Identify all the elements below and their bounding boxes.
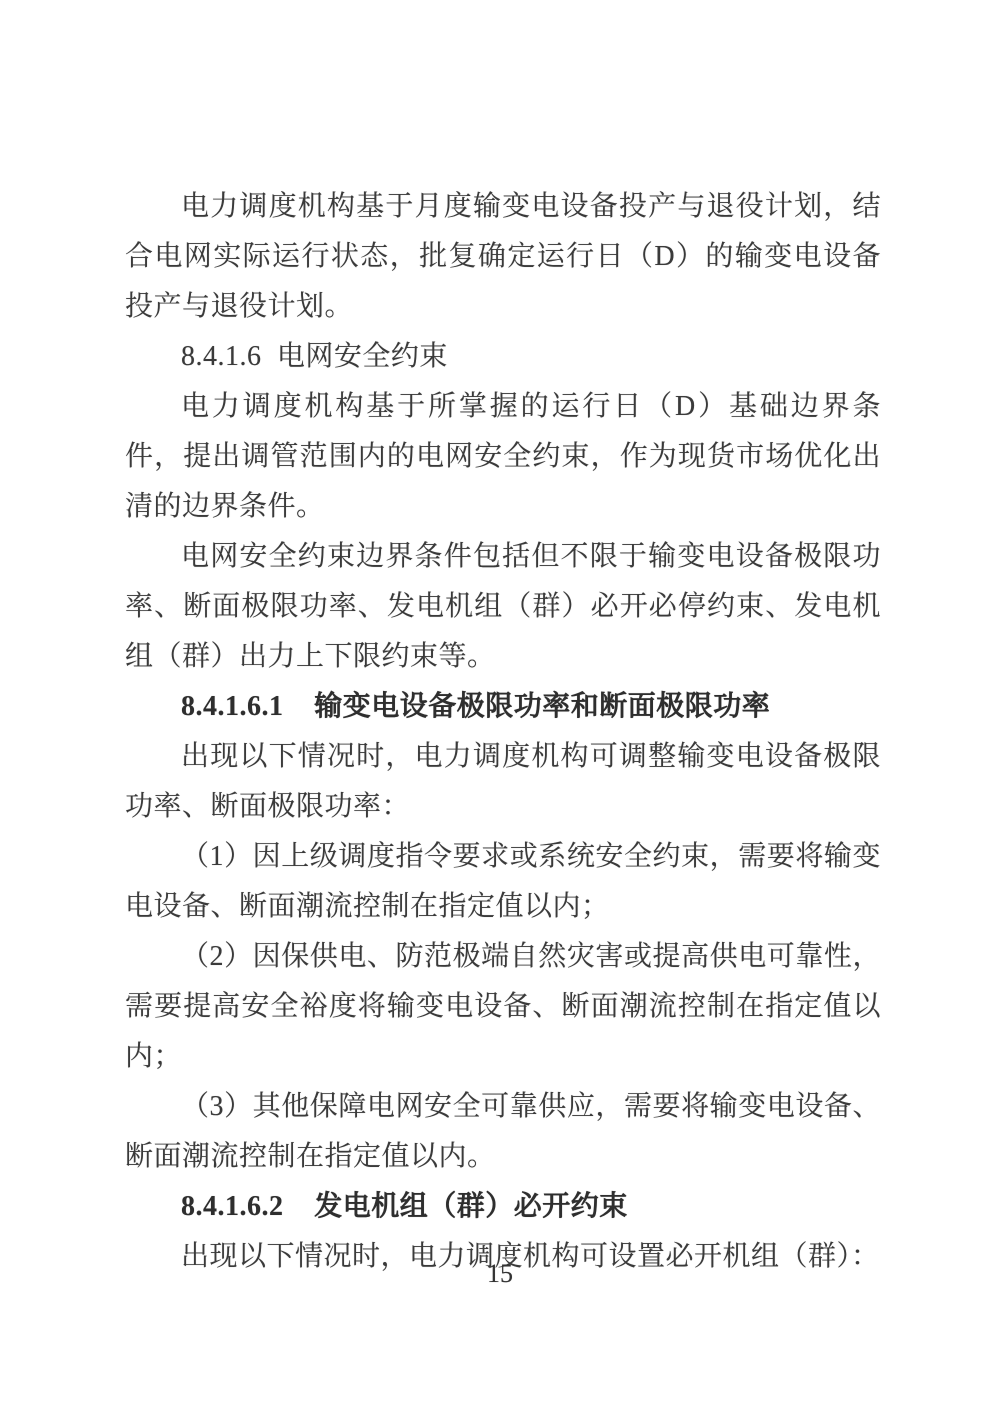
paragraph-item-3: （3）其他保障电网安全可靠供应，需要将输变电设备、断面潮流控制在指定值以内。 — [125, 1082, 881, 1182]
paragraph-constraint-scope: 电网安全约束边界条件包括但不限于输变电设备极限功率、断面极限功率、发电机组（群）… — [125, 532, 881, 682]
heading-title: 电网安全约束 — [277, 341, 448, 372]
heading-number: 8.4.1.6 — [181, 341, 262, 372]
page-number: 15 — [0, 1254, 1000, 1294]
document-body: 电力调度机构基于月度输变电设备投产与退役计划，结合电网实际运行状态，批复确定运行… — [125, 182, 881, 1282]
heading-number: 8.4.1.6.2 — [181, 1191, 284, 1222]
heading-number: 8.4.1.6.1 — [181, 691, 284, 722]
paragraph-boundary-conditions: 电力调度机构基于所掌握的运行日（D）基础边界条件，提出调管范围内的电网安全约束，… — [125, 382, 881, 532]
paragraph-item-2: （2）因保供电、防范极端自然灾害或提高供电可靠性，需要提高安全裕度将输变电设备、… — [125, 932, 881, 1082]
paragraph-adjust-conditions-intro: 出现以下情况时，电力调度机构可调整输变电设备极限功率、断面极限功率： — [125, 732, 881, 832]
paragraph-equipment-plan: 电力调度机构基于月度输变电设备投产与退役计划，结合电网实际运行状态，批复确定运行… — [125, 182, 881, 332]
document-page: 电力调度机构基于月度输变电设备投产与退役计划，结合电网实际运行状态，批复确定运行… — [0, 0, 1000, 1414]
heading-8-4-1-6-2: 8.4.1.6.2发电机组（群）必开约束 — [125, 1182, 881, 1232]
heading-8-4-1-6-1: 8.4.1.6.1输变电设备极限功率和断面极限功率 — [125, 682, 881, 732]
heading-8-4-1-6: 8.4.1.6电网安全约束 — [125, 332, 881, 382]
paragraph-item-1: （1）因上级调度指令要求或系统安全约束，需要将输变电设备、断面潮流控制在指定值以… — [125, 832, 881, 932]
heading-title: 发电机组（群）必开约束 — [314, 1191, 628, 1222]
heading-title: 输变电设备极限功率和断面极限功率 — [314, 691, 770, 722]
